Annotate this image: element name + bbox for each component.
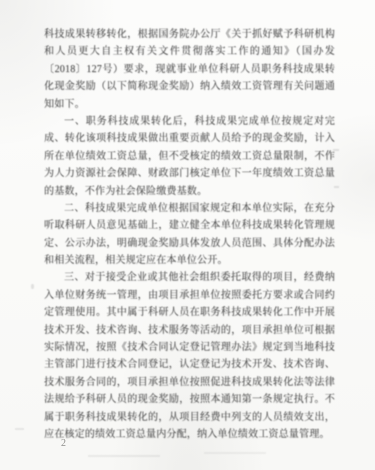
text-line: 应在核定的绩效工资总量内分配，纳入单位绩效工资总量管理。 (44, 426, 335, 443)
document-page: 科技成果转移转化，根据国务院办公厅《关于抓好赋予科研机构和人员更大自主权有关文件… (0, 0, 375, 470)
page-number: 2 (61, 438, 66, 449)
scan-artifact (88, 455, 160, 457)
text-line: 定、公示办法，明确现金奖励具体发放人员范围、具体分配办法 (44, 235, 335, 252)
scan-artifact (31, 284, 34, 289)
text-line: 科技成果转移转化，根据国务院办公厅《关于抓好赋予科研机构 (44, 26, 335, 43)
text-line: 为人力资源社会保障、财政部门核定单位下一年度绩效工资总量 (44, 165, 335, 182)
text-line: 所在单位绩效工资总量，但不受核定的绩效工资总量限制，不作 (44, 148, 335, 165)
text-line: 定管理使用。其中属于科研人员在职务科技成果转化工作中开展 (44, 304, 335, 321)
document-body: 科技成果转移转化，根据国务院办公厅《关于抓好赋予科研机构和人员更大自主权有关文件… (44, 26, 335, 443)
text-line: 化现金奖励（以下简称现金奖励）纳入绩效工资管理有关问题通 (44, 78, 335, 95)
text-line: 技术服务合同的，项目承担单位按照促进科技成果转化法等法律 (44, 374, 335, 391)
scan-artifact (334, 186, 339, 188)
text-line: 〔2018〕127号）要求，现就事业单位科研人员职务科技成果转 (44, 61, 335, 78)
text-line: 实际情况，按照《技术合同认定登记管理办法》规定到当地科技 (44, 339, 335, 356)
text-line: 知如下。 (44, 96, 335, 113)
text-line: 属于职务科技成果转化的，从项目经费中列支的人员绩效支出， (44, 409, 335, 426)
text-line: 一、职务科技成果转化后，科技成果完成单位按规定对完 (44, 113, 335, 130)
text-line: 听取科研人员意见基础上，建立健全本单位科技成果转化管理规 (44, 217, 335, 234)
scan-artifact (204, 452, 266, 454)
text-line: 三、对于接受企业或其他社会组织委托取得的项目，经费纳 (44, 269, 335, 286)
text-line: 技术开发、技术咨询、技术服务等活动的，项目承担单位可根据 (44, 322, 335, 339)
text-line: 成、转化该项科技成果做出重要贡献人员给予的现金奖励，计入 (44, 130, 335, 147)
scan-artifact (333, 149, 339, 151)
text-line: 主管部门进行技术合同登记，认定登记为技术开发、技术咨询、 (44, 356, 335, 373)
text-line: 和相关流程，相关规定应在本单位公开。 (44, 252, 335, 269)
text-line: 入单位财务统一管理，由项目承担单位按照委托方要求或合同约 (44, 287, 335, 304)
text-line: 法规给予科研人员的现金奖励，按照本通知第一条规定执行。不 (44, 391, 335, 408)
text-line: 二、科技成果完成单位根据国家规定和本单位实际，在充分 (44, 200, 335, 217)
text-line: 和人员更大自主权有关文件贯彻落实工作的通知》（国办发 (44, 43, 335, 60)
text-line: 的基数，不作为社会保险缴费基数。 (44, 183, 335, 200)
scan-artifact (15, 428, 24, 430)
